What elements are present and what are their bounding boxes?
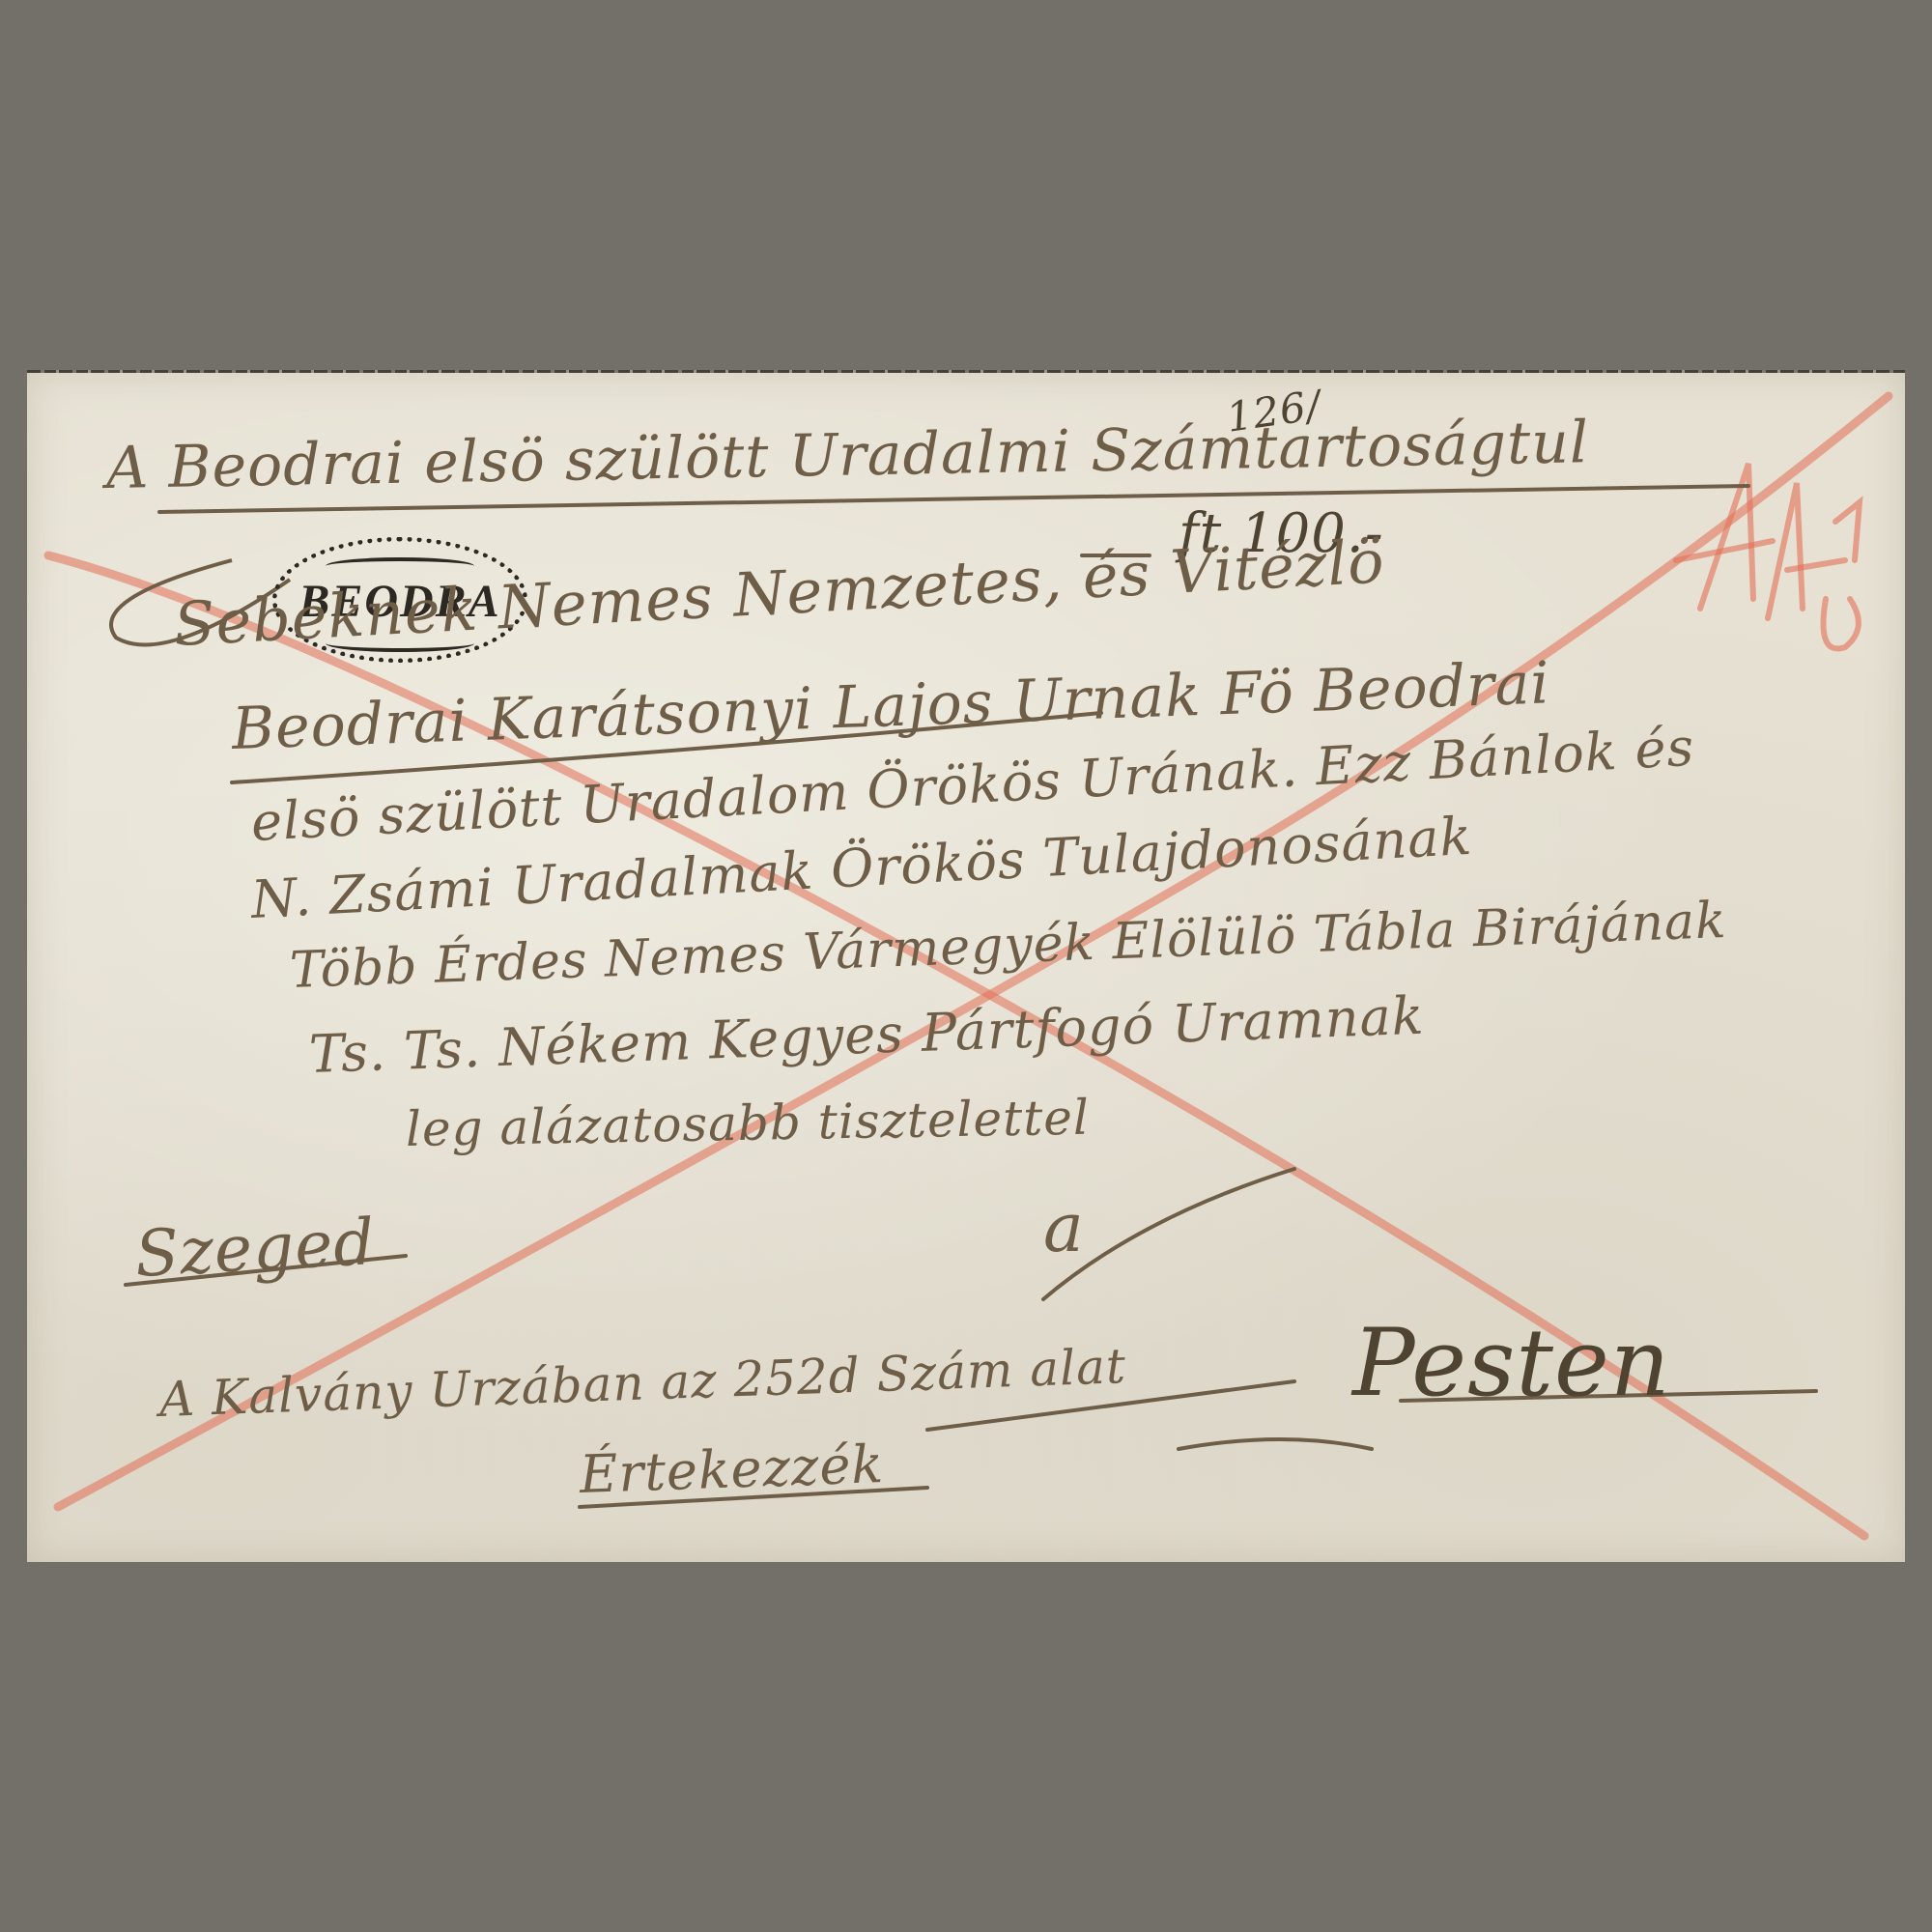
postmark-ornament-top (326, 557, 474, 575)
origin-town: Szeged (133, 1205, 377, 1292)
document-scan: BEODRA 126/ A Beodrai elsö szülött Urada… (0, 0, 1932, 1932)
address-line-7: leg alázatosabb tisztelettel (405, 1090, 1090, 1157)
destination-town: Pesten (1352, 1309, 1671, 1417)
salutation-mark: a (1043, 1188, 1085, 1267)
footer-note-line-2: Értekezzék (579, 1434, 885, 1505)
top-fold-edge (27, 370, 1905, 373)
